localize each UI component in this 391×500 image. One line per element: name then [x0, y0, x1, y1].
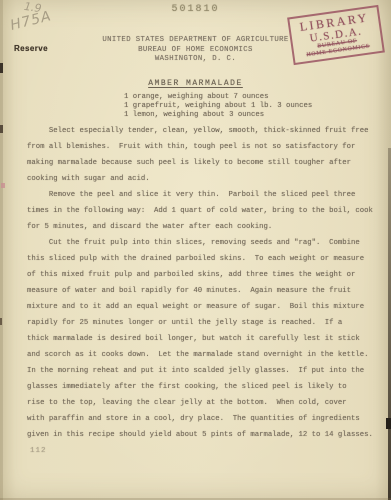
recipe-title: AMBER MARMALADE: [0, 79, 391, 88]
ingredient-list: 1 orange, weighing about 7 ounces 1 grap…: [124, 93, 312, 120]
recipe-body: Select especially tender, clean, yellow,…: [27, 123, 385, 443]
scan-artifact-mark: [386, 418, 391, 429]
scan-artifact-mark: [0, 125, 3, 133]
scanned-document-page: 501810 1.9 H75A Reserve UNITED STATES DE…: [0, 0, 391, 500]
scan-artifact-mark: [0, 63, 3, 73]
paragraph-select-fruit: Select especially tender, clean, yellow,…: [27, 123, 385, 187]
page-number: 112: [30, 447, 47, 455]
scan-artifact-mark: [1, 183, 5, 188]
paragraph-parboil-peel: Remove the peel and slice it very thin. …: [27, 187, 385, 235]
scan-artifact-mark: [0, 318, 2, 325]
scan-edge-left: [0, 0, 3, 500]
paragraph-cook-marmalade: Cut the fruit pulp into thin slices, rem…: [27, 235, 385, 443]
